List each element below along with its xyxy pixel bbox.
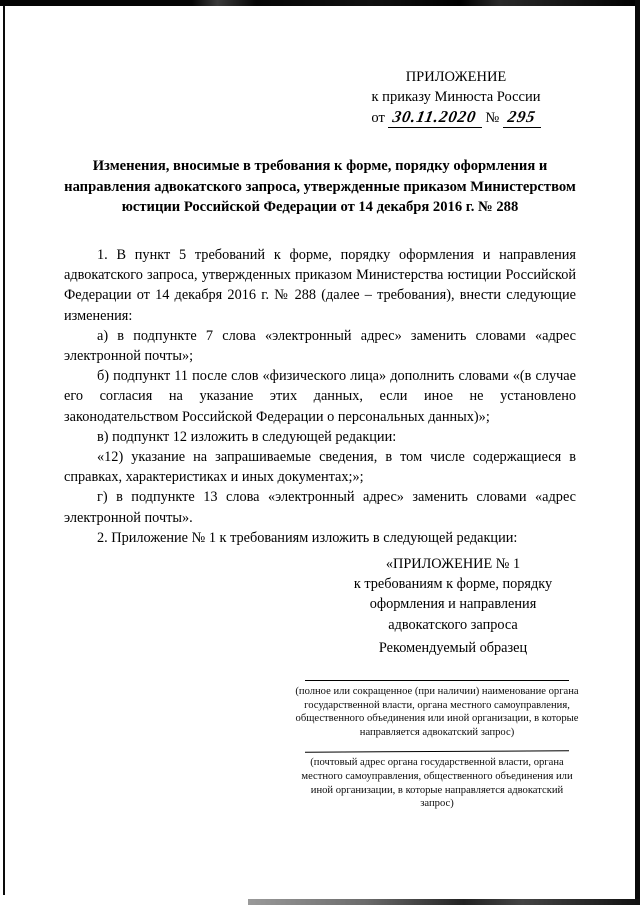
org-address-fill-line: [305, 751, 569, 753]
scan-edge-bottom: [248, 899, 640, 905]
document-title: Изменения, вносимые в требования к форме…: [62, 156, 578, 218]
date-fill: 30.11.2020: [388, 108, 481, 128]
paragraph-b: б) подпункт 11 после слов «физического л…: [64, 366, 576, 427]
scan-edge-top: [0, 0, 640, 6]
handwritten-date: 30.11.2020: [392, 108, 478, 125]
number-fill: 295: [503, 108, 541, 128]
org-address-caption: (почтовый адрес органа государственной в…: [294, 756, 580, 810]
appendix-header-date-line: от 30.11.2020 № 295: [330, 108, 582, 129]
appendix-header-order: к приказу Минюста России: [330, 88, 582, 108]
handwritten-number: 295: [506, 108, 537, 125]
appendix-1-line: «ПРИЛОЖЕНИЕ № 1: [328, 554, 578, 574]
date-prefix: от: [371, 110, 384, 126]
org-name-fill-line: [305, 680, 569, 681]
paragraph-2: 2. Приложение № 1 к требованиям изложить…: [64, 528, 576, 548]
appendix-header-label: ПРИЛОЖЕНИЕ: [330, 68, 582, 88]
document-page: ПРИЛОЖЕНИЕ к приказу Минюста России от 3…: [0, 0, 640, 905]
org-name-caption: (полное или сокращенное (при наличии) на…: [294, 685, 580, 739]
scan-edge-left: [3, 5, 5, 895]
appendix-1-heading: «ПРИЛОЖЕНИЕ № 1 к требованиям к форме, п…: [328, 554, 578, 635]
scan-edge-right: [635, 0, 640, 905]
appendix-1-line: к требованиям к форме, порядку: [328, 574, 578, 594]
request-form-fields: (полное или сокращенное (при наличии) на…: [292, 680, 582, 811]
recommended-sample-label: Рекомендуемый образец: [328, 640, 578, 657]
number-label: №: [485, 110, 499, 126]
paragraph-12: «12) указание на запрашиваемые сведения,…: [64, 447, 576, 487]
appendix-1-line: адвокатского запроса: [328, 615, 578, 635]
paragraph-a: а) в подпункте 7 слова «электронный адре…: [64, 326, 576, 366]
document-body: 1. В пункт 5 требований к форме, порядку…: [64, 245, 576, 548]
paragraph-v: в) подпункт 12 изложить в следующей реда…: [64, 427, 576, 447]
appendix-1-line: оформления и направления: [328, 594, 578, 614]
paragraph-g: г) в подпункте 13 слова «электронный адр…: [64, 487, 576, 527]
paragraph-1: 1. В пункт 5 требований к форме, порядку…: [64, 245, 576, 326]
appendix-header: ПРИЛОЖЕНИЕ к приказу Минюста России от 3…: [330, 68, 582, 129]
